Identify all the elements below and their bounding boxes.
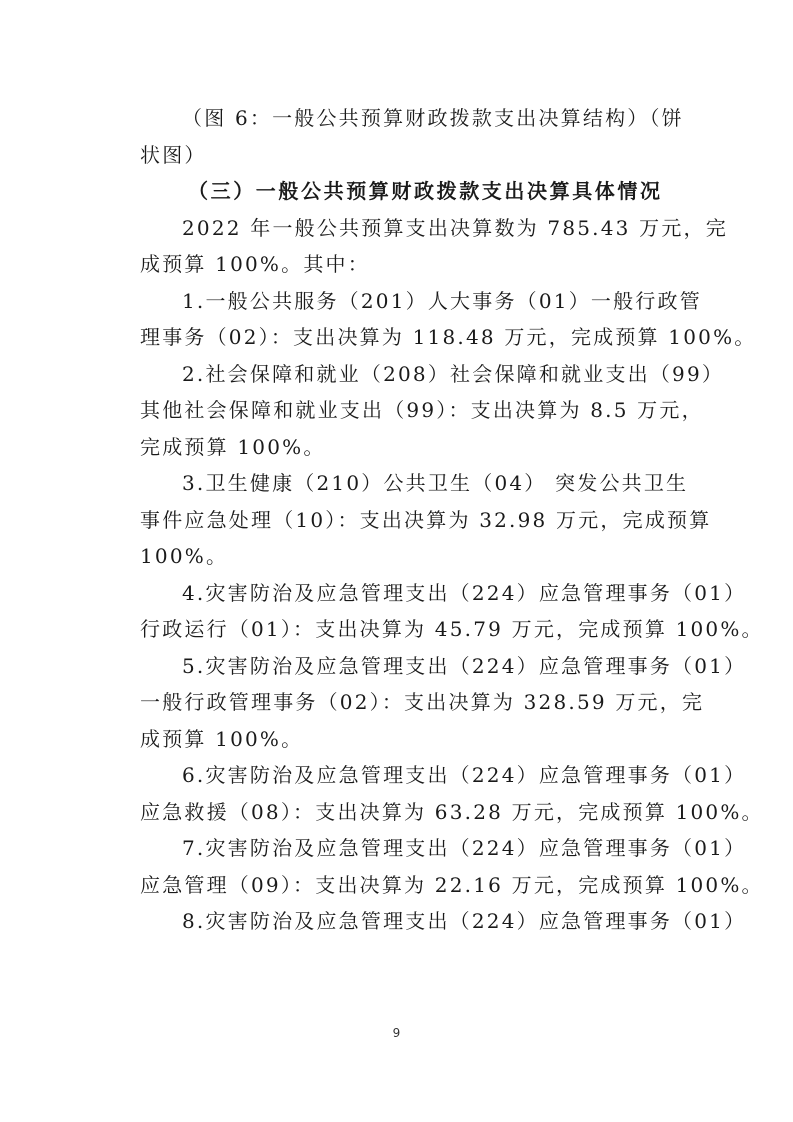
item-4-line-2: 行政运行（01）：支出决算为 45.79 万元，完成预算 100%。	[140, 611, 680, 648]
section-heading: （三）一般公共预算财政拨款支出决算具体情况	[140, 173, 680, 210]
list-item: 7.灾害防治及应急管理支出（224）应急管理事务（01） 应急管理（09）：支出…	[140, 830, 680, 903]
item-5-line-2: 一般行政管理事务（02）：支出决算为 328.59 万元，完	[140, 684, 680, 721]
item-2-line-1: 2.社会保障和就业（208）社会保障和就业支出（99）	[140, 356, 680, 393]
item-2-line-3: 完成预算 100%。	[140, 429, 680, 466]
intro-line-1: 2022 年一般公共预算支出决算数为 785.43 万元，完	[140, 210, 680, 247]
item-7-line-1: 7.灾害防治及应急管理支出（224）应急管理事务（01）	[140, 830, 680, 867]
item-6-line-1: 6.灾害防治及应急管理支出（224）应急管理事务（01）	[140, 757, 680, 794]
page-number: 9	[0, 1026, 793, 1040]
item-4-line-1: 4.灾害防治及应急管理支出（224）应急管理事务（01）	[140, 575, 680, 612]
list-item: 4.灾害防治及应急管理支出（224）应急管理事务（01） 行政运行（01）：支出…	[140, 575, 680, 648]
item-3-line-3: 100%。	[140, 538, 680, 575]
figure-caption-line-2: 状图）	[140, 137, 680, 174]
item-3-line-1: 3.卫生健康（210）公共卫生（04） 突发公共卫生	[140, 465, 680, 502]
list-item: 1.一般公共服务（201）人大事务（01）一般行政管 理事务（02）：支出决算为…	[140, 283, 680, 356]
list-item: 3.卫生健康（210）公共卫生（04） 突发公共卫生 事件应急处理（10）：支出…	[140, 465, 680, 575]
item-1-line-1: 1.一般公共服务（201）人大事务（01）一般行政管	[140, 283, 680, 320]
item-8-line-1: 8.灾害防治及应急管理支出（224）应急管理事务（01）	[140, 903, 680, 940]
item-1-line-2: 理事务（02）：支出决算为 118.48 万元，完成预算 100%。	[140, 319, 680, 356]
list-item: 5.灾害防治及应急管理支出（224）应急管理事务（01） 一般行政管理事务（02…	[140, 648, 680, 758]
list-item: 2.社会保障和就业（208）社会保障和就业支出（99） 其他社会保障和就业支出（…	[140, 356, 680, 466]
item-7-line-2: 应急管理（09）：支出决算为 22.16 万元，完成预算 100%。	[140, 867, 680, 904]
item-3-line-2: 事件应急处理（10）：支出决算为 32.98 万元，完成预算	[140, 502, 680, 539]
intro-line-2: 成预算 100%。其中：	[140, 246, 680, 283]
list-item: 8.灾害防治及应急管理支出（224）应急管理事务（01）	[140, 903, 680, 940]
list-item: 6.灾害防治及应急管理支出（224）应急管理事务（01） 应急救援（08）：支出…	[140, 757, 680, 830]
item-5-line-1: 5.灾害防治及应急管理支出（224）应急管理事务（01）	[140, 648, 680, 685]
figure-caption-line-1: （图 6：一般公共预算财政拨款支出决算结构）（饼	[140, 100, 680, 137]
item-6-line-2: 应急救援（08）：支出决算为 63.28 万元，完成预算 100%。	[140, 794, 680, 831]
document-page: （图 6：一般公共预算财政拨款支出决算结构）（饼 状图） （三）一般公共预算财政…	[140, 100, 680, 940]
item-5-line-3: 成预算 100%。	[140, 721, 680, 758]
item-2-line-2: 其他社会保障和就业支出（99）：支出决算为 8.5 万元，	[140, 392, 680, 429]
